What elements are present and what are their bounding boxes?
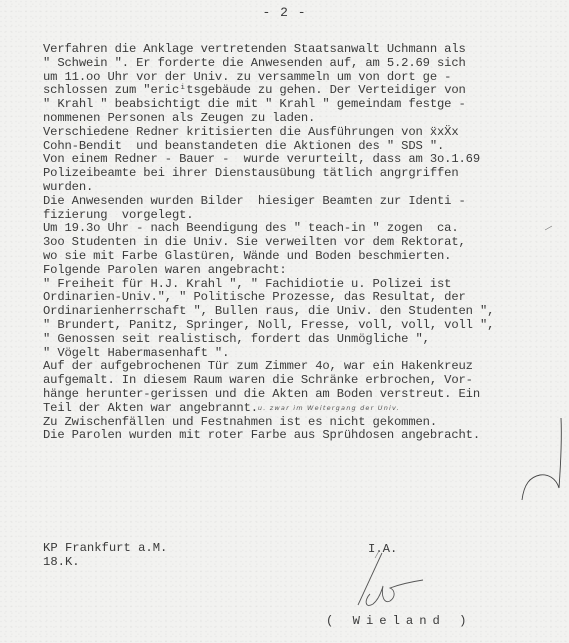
text-line-with-note: Teil der Akten war angebrannt.u. zwar im… [43,402,568,416]
signature-icon [358,553,423,605]
text-line: schlossen zum "ericⁱtsgebäude zu gehen. … [43,84,568,98]
text-line: fizierung vorgelegt. [43,209,568,223]
scanned-page: - 2 - Verfahren die Anklage vertretenden… [0,0,569,643]
text-line: Um 19.3o Uhr - nach Beendigung des " tea… [43,222,568,236]
text-line: aufgemalt. In diesem Raum waren die Schr… [43,374,568,388]
text-line: um 11.oo Uhr vor der Univ. zu versammeln… [43,71,568,85]
signer-name: ( Wieland ) [326,614,472,628]
text-line: Zu Zwischenfällen und Festnahmen ist es … [43,416,568,430]
text-line: " Vögelt Habermasenhaft ". [43,347,568,361]
issuing-office: KP Frankfurt a.M. 18.K. [43,542,167,570]
text-line: Ordinarien-Univ.", " Politische Prozesse… [43,291,568,305]
text-line: Ordinarienherrschaft ", Bullen raus, die… [43,305,568,319]
text-line: Verschiedene Redner kritisierten die Aus… [43,126,568,140]
text-line: Auf der aufgebrochenen Tür zum Zimmer 4o… [43,360,568,374]
text-segment: Teil der Akten war angebrannt. [43,401,258,415]
text-line: " Brundert, Panitz, Springer, Noll, Fres… [43,319,568,333]
text-line: " Freiheit für H.J. Krahl ", " Fachidiot… [43,278,568,292]
text-line: wo sie mit Farbe Glastüren, Wände und Bo… [43,250,568,264]
text-line: wurden. [43,181,568,195]
office-name: KP Frankfurt a.M. [43,542,167,556]
text-line: 3oo Studenten in die Univ. Sie verweilte… [43,236,568,250]
office-department: 18.K. [43,556,167,570]
ia-label: I.A. [368,542,397,556]
text-line: " Genossen seit realistisch, fordert das… [43,333,568,347]
text-line: nommenen Personen als Zeugen zu laden. [43,112,568,126]
report-body: Verfahren die Anklage vertretenden Staat… [43,43,568,443]
text-line: Cohn-Bendit und beanstandeten die Aktion… [43,140,568,154]
handwritten-annotation: u. zwar im Weitergang der Univ. [258,404,400,412]
text-line: hänge herunter-gerissen und die Akten am… [43,388,568,402]
page-number: - 2 - [0,5,569,20]
text-line: " Krahl " beabsichtigt die mit " Krahl "… [43,98,568,112]
text-line: Folgende Parolen waren angebracht: [43,264,568,278]
text-line: Polizeibeamte bei ihrer Dienstausübung t… [43,167,568,181]
text-line: Von einem Redner - Bauer - wurde verurte… [43,153,568,167]
text-line: Die Parolen wurden mit roter Farbe aus S… [43,429,568,443]
text-line: Verfahren die Anklage vertretenden Staat… [43,43,568,57]
text-line: Die Anwesenden wurden Bilder hiesiger Be… [43,195,568,209]
text-line: " Schwein ". Er forderte die Anwesenden … [43,57,568,71]
